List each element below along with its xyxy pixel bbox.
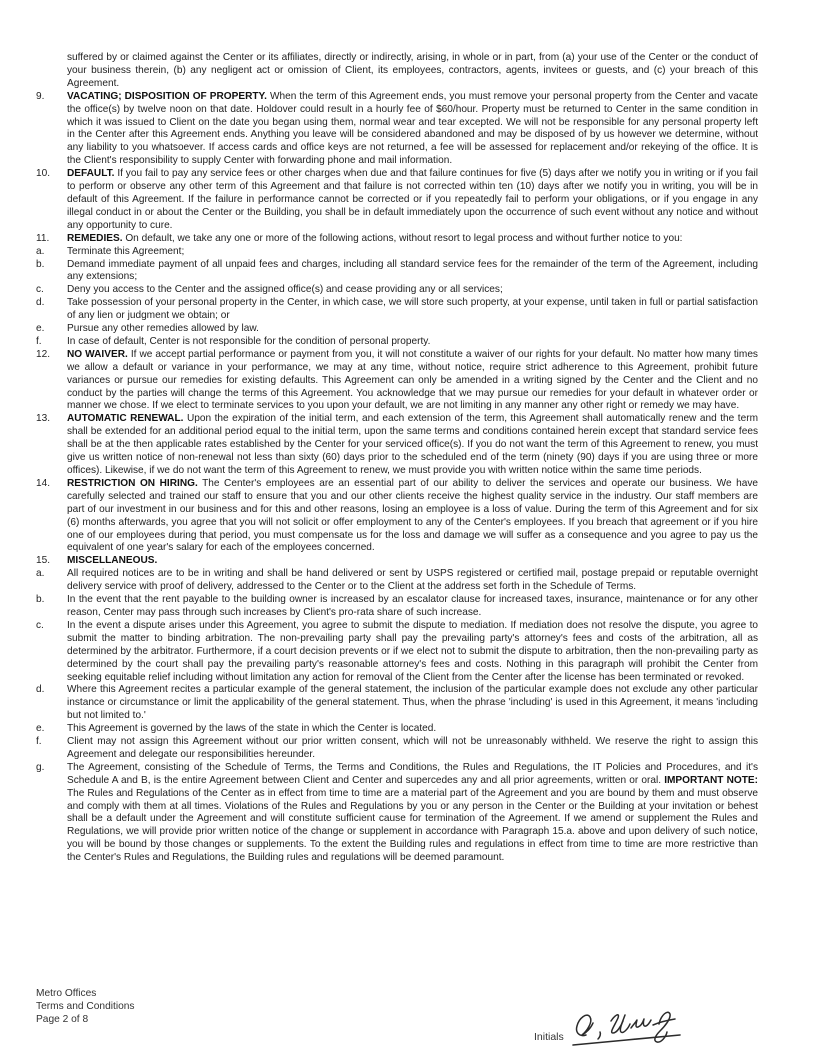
initials-block: Initials [534, 1008, 702, 1050]
clause-marker: 10. [36, 168, 67, 181]
clause-15-13: 15.MISCELLANEOUS. [36, 555, 758, 568]
clause-marker: d. [36, 297, 67, 310]
clause-body-text: Terminate this Agreement; [67, 246, 184, 257]
clause-marker: c. [36, 284, 67, 297]
continuation-paragraph: suffered by or claimed against the Cente… [36, 52, 758, 91]
clause-marker: 15. [36, 555, 67, 568]
clause-body-text: On default, we take any one or more of t… [123, 233, 683, 244]
clause-text: All required notices are to be in writin… [67, 568, 758, 594]
clause-body-text: In the event that the rent payable to th… [67, 594, 758, 618]
clause-marker: 14. [36, 478, 67, 491]
clause-marker: 11. [36, 233, 67, 246]
clause-13-11: 13.AUTOMATIC RENEWAL. Upon the expiratio… [36, 413, 758, 478]
clause-marker: a. [36, 246, 67, 259]
footer-document-title: Terms and Conditions [36, 1000, 135, 1013]
footer-page-number: Page 2 of 8 [36, 1013, 135, 1026]
clause-marker: e. [36, 323, 67, 336]
footer-company: Metro Offices [36, 987, 135, 1000]
clause-marker: b. [36, 259, 67, 272]
initials-label: Initials [534, 1031, 564, 1050]
clause-12-10: 12.NO WAIVER. If we accept partial perfo… [36, 349, 758, 414]
clause-body-text: Pursue any other remedies allowed by law… [67, 323, 259, 334]
clause-c-6: c.Deny you access to the Center and the … [36, 284, 758, 297]
clause-marker: d. [36, 684, 67, 697]
clause-body-text: suffered by or claimed against the Cente… [67, 52, 758, 89]
clause-marker: f. [36, 336, 67, 349]
clause-marker: 13. [36, 413, 67, 426]
clause-text: The Agreement, consisting of the Schedul… [67, 762, 758, 865]
clause-b-5: b.Demand immediate payment of all unpaid… [36, 259, 758, 285]
clause-text: Terminate this Agreement; [67, 246, 758, 259]
clause-heading: AUTOMATIC RENEWAL. [67, 413, 183, 424]
clause-text: In case of default, Center is not respon… [67, 336, 758, 349]
clause-body-text: When the term of this Agreement ends, yo… [67, 91, 758, 167]
clause-g-20: g.The Agreement, consisting of the Sched… [36, 762, 758, 865]
clause-text: MISCELLANEOUS. [67, 555, 758, 568]
clause-e-8: e.Pursue any other remedies allowed by l… [36, 323, 758, 336]
clause-marker: a. [36, 568, 67, 581]
clause-marker: b. [36, 594, 67, 607]
clause-body-text: Deny you access to the Center and the as… [67, 284, 503, 295]
clause-a-4: a.Terminate this Agreement; [36, 246, 758, 259]
clause-text: NO WAIVER. If we accept partial performa… [67, 349, 758, 414]
clause-text: Take possession of your personal propert… [67, 297, 758, 323]
clause-14-12: 14.RESTRICTION ON HIRING. The Center's e… [36, 478, 758, 555]
clause-d-7: d.Take possession of your personal prope… [36, 297, 758, 323]
clause-body-text: This Agreement is governed by the laws o… [67, 723, 436, 734]
clause-body-text: The Rules and Regulations of the Center … [67, 788, 758, 864]
clause-e-18: e.This Agreement is governed by the laws… [36, 723, 758, 736]
clause-marker: f. [36, 736, 67, 749]
clause-9-1: 9.VACATING; DISPOSITION OF PROPERTY. Whe… [36, 91, 758, 168]
clause-text: In the event a dispute arises under this… [67, 620, 758, 685]
clause-f-9: f.In case of default, Center is not resp… [36, 336, 758, 349]
clause-body-text: Take possession of your personal propert… [67, 297, 758, 321]
clause-body-text: Where this Agreement recites a particula… [67, 684, 758, 721]
clause-heading: REMEDIES. [67, 233, 123, 244]
clause-heading: NO WAIVER. [67, 349, 128, 360]
clause-text: In the event that the rent payable to th… [67, 594, 758, 620]
clause-f-19: f.Client may not assign this Agreement w… [36, 736, 758, 762]
handwritten-initials-signature [570, 1008, 702, 1050]
page-footer: Metro Offices Terms and Conditions Page … [36, 987, 135, 1027]
document-page: suffered by or claimed against the Cente… [0, 0, 816, 1057]
clause-body-text: All required notices are to be in writin… [67, 568, 758, 592]
clause-a-14: a.All required notices are to be in writ… [36, 568, 758, 594]
clause-body-text: Client may not assign this Agreement wit… [67, 736, 758, 760]
clause-b-15: b.In the event that the rent payable to … [36, 594, 758, 620]
clause-body-text: In the event a dispute arises under this… [67, 620, 758, 683]
clause-c-16: c.In the event a dispute arises under th… [36, 620, 758, 685]
clause-heading: IMPORTANT NOTE: [664, 775, 758, 786]
clause-marker: 12. [36, 349, 67, 362]
clause-d-17: d.Where this Agreement recites a particu… [36, 684, 758, 723]
clause-text: AUTOMATIC RENEWAL. Upon the expiration o… [67, 413, 758, 478]
clause-text: This Agreement is governed by the laws o… [67, 723, 758, 736]
clause-text: suffered by or claimed against the Cente… [67, 52, 758, 91]
clause-heading: DEFAULT. [67, 168, 114, 179]
clause-body-text: If you fail to pay any service fees or o… [67, 168, 758, 231]
clause-text: Where this Agreement recites a particula… [67, 684, 758, 723]
clause-body-text: The Center's employees are an essential … [67, 478, 758, 554]
clause-marker: e. [36, 723, 67, 736]
clause-heading: VACATING; DISPOSITION OF PROPERTY. [67, 91, 267, 102]
clause-body-text: Demand immediate payment of all unpaid f… [67, 259, 758, 283]
clause-text: RESTRICTION ON HIRING. The Center's empl… [67, 478, 758, 555]
clause-10-2: 10.DEFAULT. If you fail to pay any servi… [36, 168, 758, 233]
clause-heading: RESTRICTION ON HIRING. [67, 478, 198, 489]
clause-body-text: In case of default, Center is not respon… [67, 336, 430, 347]
terms-and-conditions-body: suffered by or claimed against the Cente… [36, 52, 758, 865]
clause-heading: MISCELLANEOUS. [67, 555, 157, 566]
clause-11-3: 11.REMEDIES. On default, we take any one… [36, 233, 758, 246]
clause-text: REMEDIES. On default, we take any one or… [67, 233, 758, 246]
clause-body-text: The Agreement, consisting of the Schedul… [67, 762, 758, 786]
clause-text: VACATING; DISPOSITION OF PROPERTY. When … [67, 91, 758, 168]
clause-text: Pursue any other remedies allowed by law… [67, 323, 758, 336]
clause-text: Client may not assign this Agreement wit… [67, 736, 758, 762]
clause-text: Demand immediate payment of all unpaid f… [67, 259, 758, 285]
clause-text: Deny you access to the Center and the as… [67, 284, 758, 297]
clause-marker: g. [36, 762, 67, 775]
clause-body-text: If we accept partial performance or paym… [67, 349, 758, 412]
clause-marker: c. [36, 620, 67, 633]
clause-marker: 9. [36, 91, 67, 104]
clause-text: DEFAULT. If you fail to pay any service … [67, 168, 758, 233]
